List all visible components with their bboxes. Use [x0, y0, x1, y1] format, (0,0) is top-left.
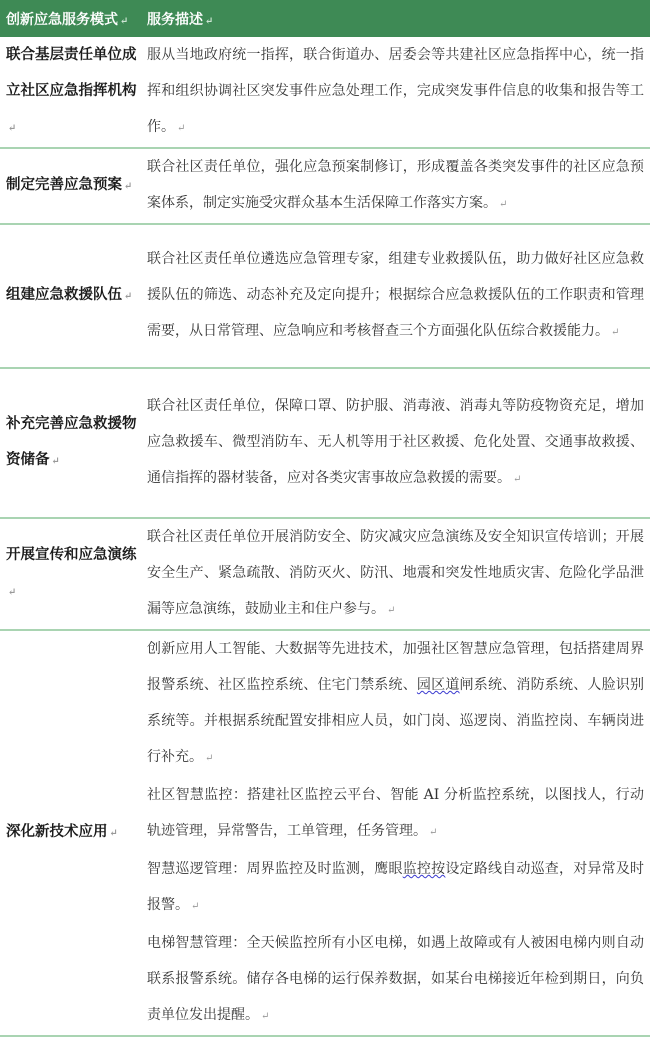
mode-cell: 制定完善应急预案↵ — [0, 148, 143, 224]
table-row: 制定完善应急预案↵ 联合社区责任单位，强化应急预案制修订，形成覆盖各类突发事件的… — [0, 148, 650, 224]
spellcheck-underline[interactable]: 园区道 — [417, 677, 460, 693]
description-cell: 联合社区责任单位开展消防安全、防灾减灾应急演练及安全知识宣传培训；开展安全生产、… — [143, 518, 650, 630]
mode-cell: 联合基层责任单位成立社区应急指挥机构↵ — [0, 37, 143, 148]
paragraph-mark-icon: ↵ — [120, 16, 128, 27]
header-mode: 创新应急服务模式↵ — [0, 0, 143, 37]
paragraph-mark-icon: ↵ — [499, 199, 507, 210]
paragraph-mark-icon: ↵ — [124, 181, 132, 192]
paragraph-mark-icon: ↵ — [611, 327, 619, 338]
paragraph-mark-icon: ↵ — [429, 827, 437, 838]
table-row: 开展宣传和应急演练↵ 联合社区责任单位开展消防安全、防灾减灾应急演练及安全知识宣… — [0, 518, 650, 630]
mode-cell: 组建应急救援队伍↵ — [0, 224, 143, 368]
mode-cell: 补充完善应急救援物资储备↵ — [0, 368, 143, 518]
mode-cell: 深化新技术应用↵ — [0, 630, 143, 1036]
description-paragraph: 电梯智慧管理：全天候监控所有小区电梯，如遇上故障或有人被困电梯内则自动联系报警系… — [147, 925, 644, 1035]
paragraph-mark-icon: ↵ — [8, 123, 16, 134]
paragraph-mark-icon: ↵ — [52, 456, 60, 467]
table-row: 组建应急救援队伍↵ 联合社区责任单位遴选应急管理专家，组建专业救援队伍，助力做好… — [0, 224, 650, 368]
paragraph-mark-icon: ↵ — [261, 1011, 269, 1022]
emergency-service-table: 创新应急服务模式↵ 服务描述↵ 联合基层责任单位成立社区应急指挥机构↵ 服从当地… — [0, 0, 650, 1037]
paragraph-mark-icon: ↵ — [205, 16, 213, 27]
description-cell: 联合社区责任单位，保障口罩、防护服、消毒液、消毒丸等防疫物资充足，增加应急救援车… — [143, 368, 650, 518]
table-row: 联合基层责任单位成立社区应急指挥机构↵ 服从当地政府统一指挥，联合街道办、居委会… — [0, 37, 650, 148]
paragraph-mark-icon: ↵ — [110, 828, 118, 839]
header-description: 服务描述↵ — [143, 0, 650, 37]
table-row: 补充完善应急救援物资储备↵ 联合社区责任单位，保障口罩、防护服、消毒液、消毒丸等… — [0, 368, 650, 518]
mode-cell: 开展宣传和应急演练↵ — [0, 518, 143, 630]
spellcheck-underline[interactable]: 监控按 — [403, 861, 446, 877]
description-cell: 创新应用人工智能、大数据等先进技术，加强社区智慧应急管理，包括搭建周界报警系统、… — [143, 630, 650, 1036]
paragraph-mark-icon: ↵ — [124, 291, 132, 302]
table-row: 深化新技术应用↵ 创新应用人工智能、大数据等先进技术，加强社区智慧应急管理，包括… — [0, 630, 650, 1036]
description-paragraph: 创新应用人工智能、大数据等先进技术，加强社区智慧应急管理，包括搭建周界报警系统、… — [147, 631, 644, 777]
paragraph-mark-icon: ↵ — [177, 123, 185, 134]
paragraph-mark-icon: ↵ — [387, 605, 395, 616]
description-cell: 服从当地政府统一指挥，联合街道办、居委会等共建社区应急指挥中心，统一指挥和组织协… — [143, 37, 650, 148]
description-paragraph: 社区智慧监控：搭建社区监控云平台、智能 AI 分析监控系统，以图找人，行动轨迹管… — [147, 777, 644, 851]
paragraph-mark-icon: ↵ — [191, 901, 199, 912]
paragraph-mark-icon: ↵ — [513, 474, 521, 485]
description-cell: 联合社区责任单位遴选应急管理专家，组建专业救援队伍，助力做好社区应急救援队伍的筛… — [143, 224, 650, 368]
paragraph-mark-icon: ↵ — [205, 753, 213, 764]
table-header-row: 创新应急服务模式↵ 服务描述↵ — [0, 0, 650, 37]
paragraph-mark-icon: ↵ — [8, 587, 16, 598]
description-cell: 联合社区责任单位，强化应急预案制修订，形成覆盖各类突发事件的社区应急预案体系，制… — [143, 148, 650, 224]
description-paragraph: 智慧巡逻管理：周界监控及时监测，鹰眼监控按设定路线自动巡查，对异常及时报警。↵ — [147, 851, 644, 925]
